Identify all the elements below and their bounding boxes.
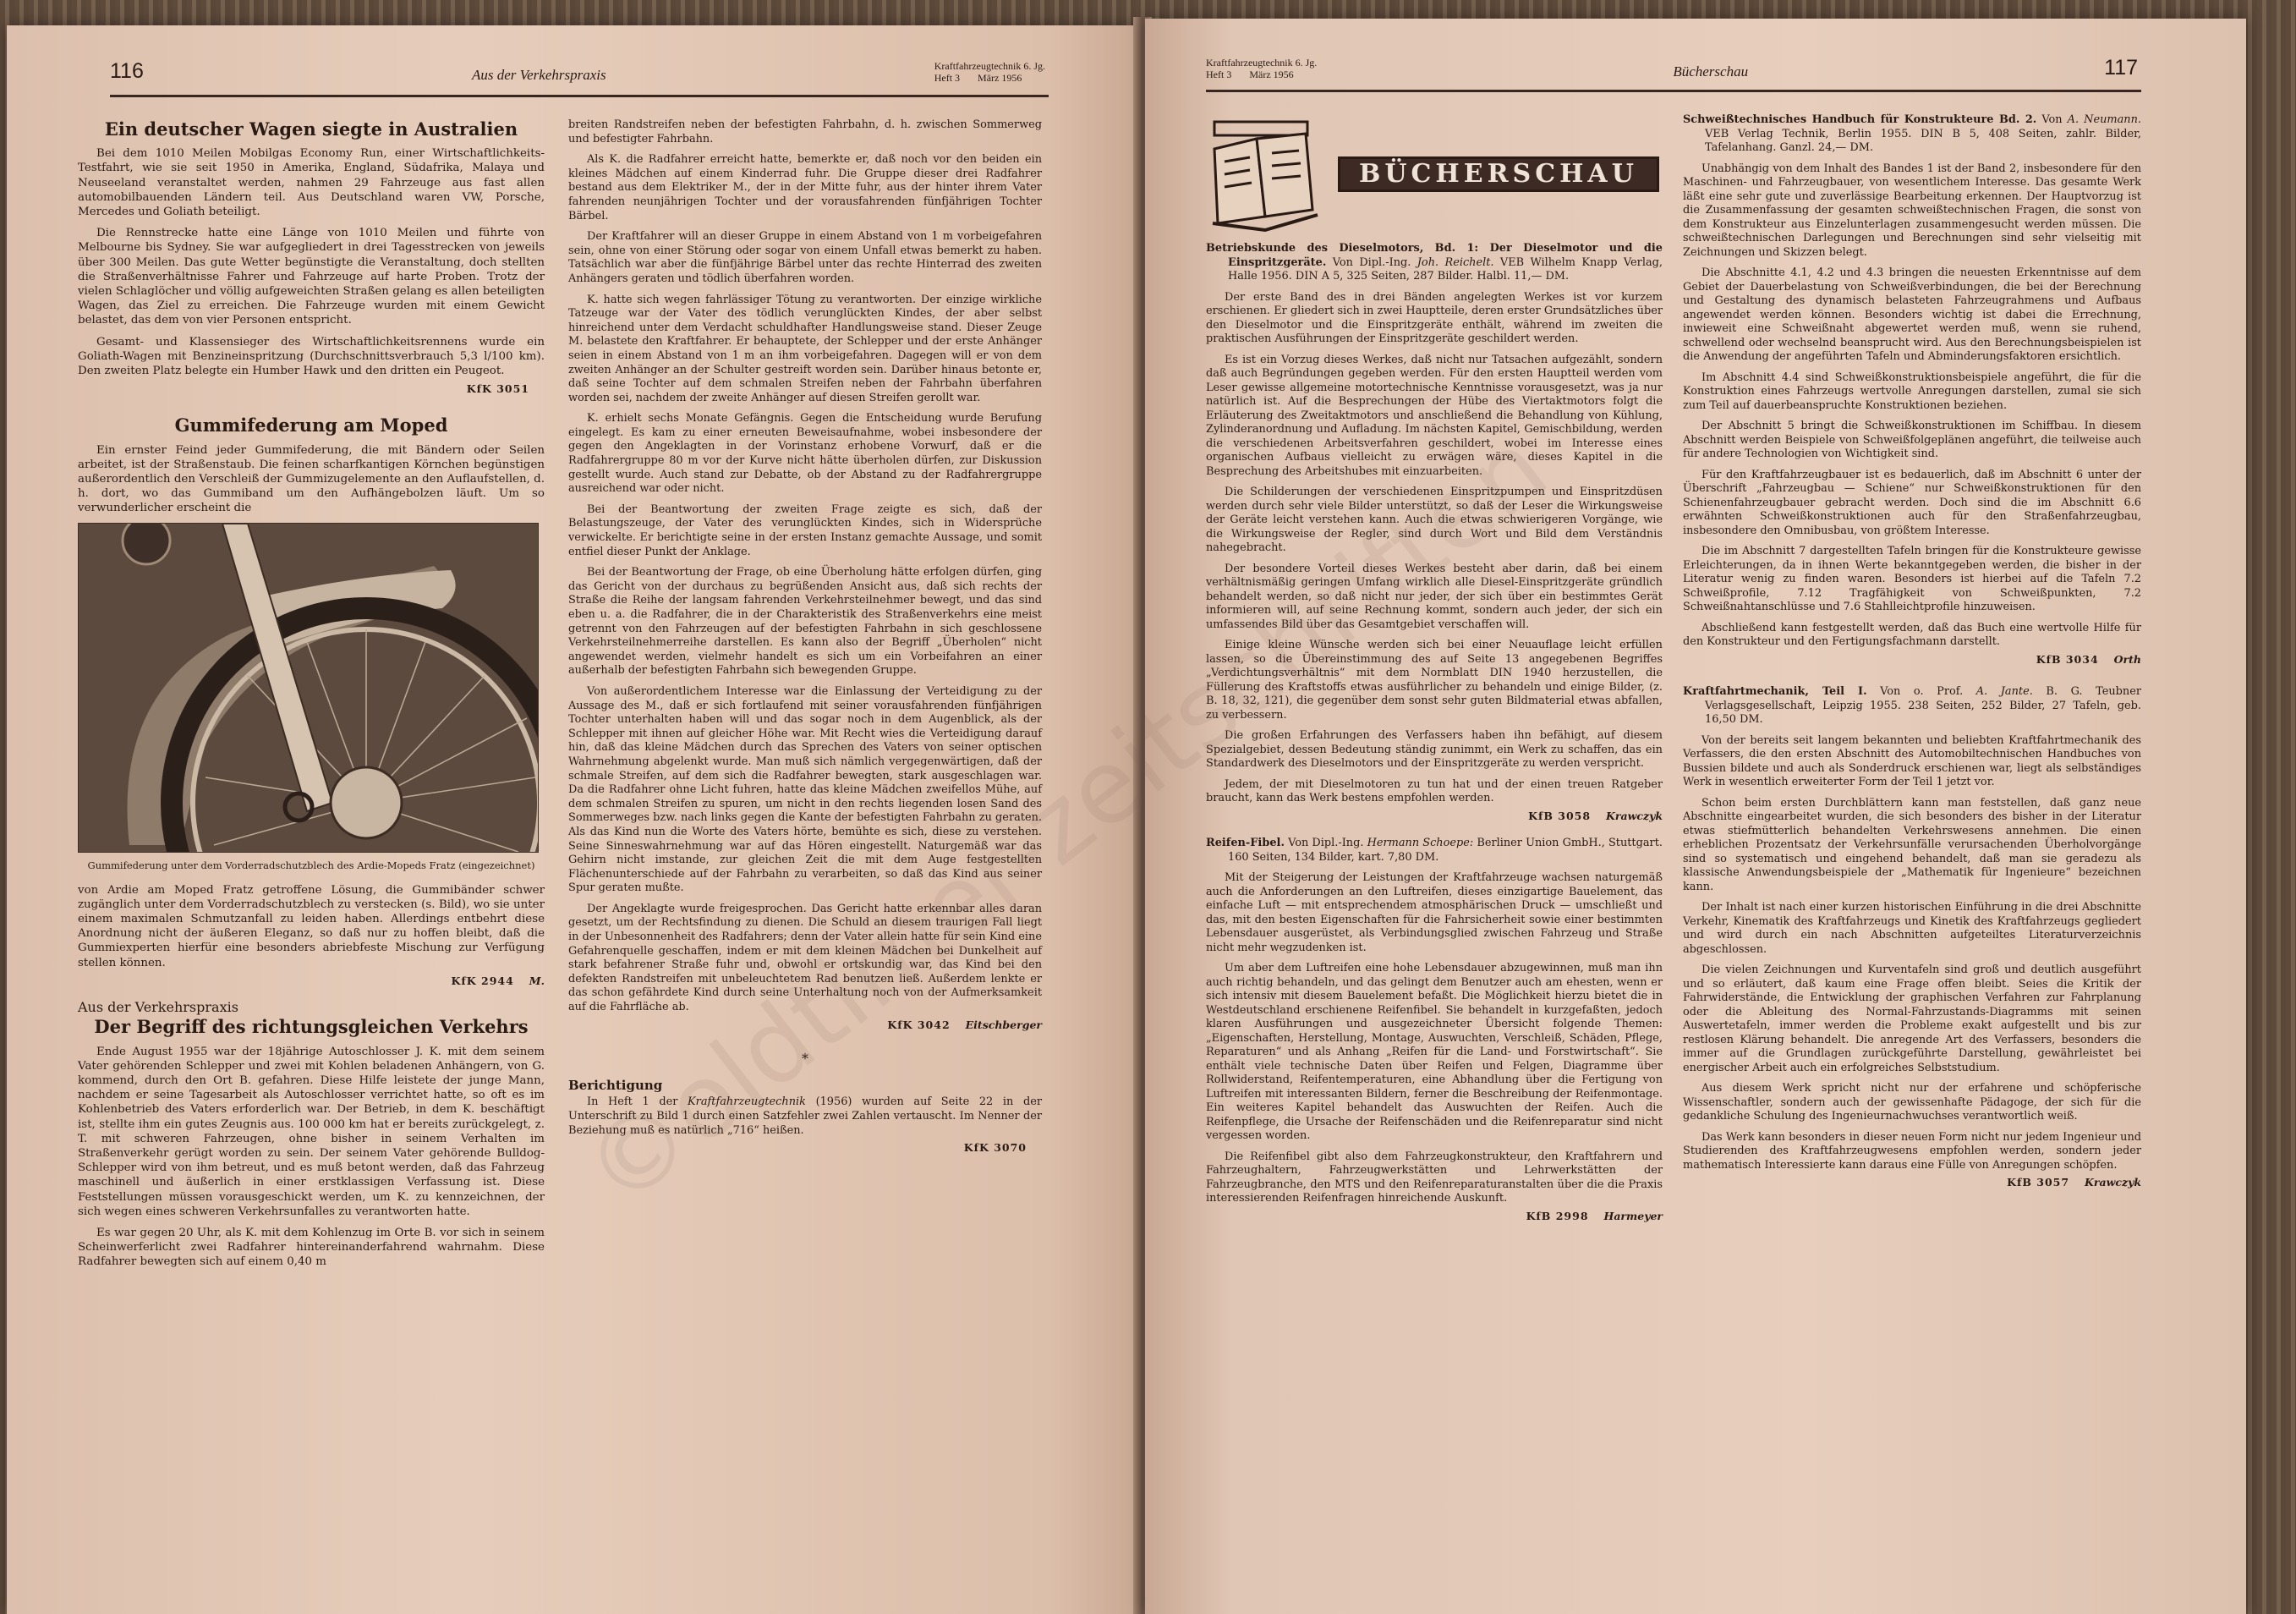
masthead: Kraftfahrzeugtechnik 6. Jg. Heft 3 März … [1206, 57, 1317, 80]
signature-author: Krawczyk [2085, 1176, 2141, 1189]
signature-code: KfB 2998 [1526, 1210, 1589, 1222]
book-author: Joh. Reichelt. [1417, 256, 1494, 269]
book-author: Hermann Schoepe: [1367, 837, 1474, 849]
left-column-2: breiten Randstreifen neben der befestigt… [568, 118, 1042, 1164]
paragraph: Mit der Steigerung der Leistungen der Kr… [1206, 871, 1663, 955]
open-book-icon [1206, 115, 1324, 233]
article-signature: KfK 3070 [568, 1141, 1042, 1156]
bucherschau-banner: BÜCHERSCHAU [1338, 156, 1659, 193]
paragraph: Bei dem 1010 Meilen Mobilgas Economy Run… [78, 146, 545, 219]
biblio-text: VEB Verlag Technik, Berlin 1955. DIN B 5… [1705, 128, 2141, 155]
page-number: 116 [110, 59, 144, 84]
paragraph: Der Inhalt ist nach einer kurzen histori… [1683, 901, 2141, 957]
paragraph: Der Angeklagte wurde freigesprochen. Das… [568, 903, 1042, 1015]
section-title: Bücherschau [1673, 63, 1748, 80]
signature-author: M. [529, 974, 545, 987]
paragraph: Für den Kraftfahrzeugbauer ist es bedaue… [1683, 469, 2141, 539]
running-header-right: Kraftfahrzeugtechnik 6. Jg. Heft 3 März … [1206, 56, 2138, 80]
masthead-journal: Kraftfahrzeugtechnik 6. Jg. [934, 60, 1045, 72]
paragraph: Jedem, der mit Dieselmotoren zu tun hat … [1206, 778, 1663, 806]
article-title: Gummifederung am Moped [78, 418, 545, 432]
masthead-date: März 1956 [1249, 69, 1293, 80]
paragraph: K. hatte sich wegen fahrlässiger Tötung … [568, 294, 1042, 406]
paragraph: Der Abschnitt 5 bringt die Schweißkonstr… [1683, 420, 2141, 462]
book-title: Reifen-Fibel. Von Dipl.-Ing. Hermann Sch… [1206, 837, 1663, 865]
left-page: 116 Aus der Verkehrspraxis Kraftfahrzeug… [7, 25, 1138, 1614]
paragraph: Schon beim ersten Durchblättern kann man… [1683, 797, 2141, 895]
paragraph: Es war gegen 20 Uhr, als K. mit dem Kohl… [78, 1226, 545, 1270]
paragraph: Bei der Beantwortung der zweiten Frage z… [568, 503, 1042, 559]
paragraph: Abschließend kann festgestellt werden, d… [1683, 622, 2141, 650]
biblio-text: Von [2041, 113, 2067, 126]
paragraph: Um aber dem Luftreifen eine hohe Lebensd… [1206, 962, 1663, 1144]
running-header-left: 116 Aus der Verkehrspraxis Kraftfahrzeug… [110, 59, 1045, 84]
separator-asterisk: * [568, 1052, 1042, 1067]
signature-author: Orth [2114, 653, 2141, 666]
bucherschau-header: BÜCHERSCHAU [1206, 115, 1663, 233]
paragraph: Die Abschnitte 4.1, 4.2 und 4.3 bringen … [1683, 266, 2141, 365]
article-title: Ein deutscher Wagen siegte in Australien [78, 122, 545, 136]
masthead-journal: Kraftfahrzeugtechnik 6. Jg. [1206, 57, 1317, 69]
signature-code: KfK 3051 [467, 382, 529, 395]
signature-code: KfK 3042 [887, 1018, 950, 1031]
correction-text-part: In Heft 1 der [587, 1095, 688, 1108]
paragraph: von Ardie am Moped Fratz getroffene Lösu… [78, 883, 545, 970]
moped-photo [78, 523, 539, 853]
paragraph: Von außerordentlichem Interesse war die … [568, 685, 1042, 896]
paragraph: Die Rennstrecke hatte eine Länge von 101… [78, 226, 545, 327]
masthead-issue: Heft 3 [934, 72, 960, 84]
signature-code: KfB 3057 [2007, 1176, 2069, 1189]
article-signature: KfK 2944M. [78, 974, 545, 988]
paragraph: Der Kraftfahrer will an dieser Gruppe in… [568, 230, 1042, 286]
paragraph: K. erhielt sechs Monate Gefängnis. Gegen… [568, 412, 1042, 497]
book-author: A. Jante. [1976, 685, 2033, 698]
right-column-1: BÜCHERSCHAU Betriebskunde des Dieselmoto… [1206, 113, 1663, 1232]
header-rule [110, 95, 1049, 97]
review-signature: KfB 2998Harmeyer [1206, 1210, 1663, 1224]
paragraph: Als K. die Radfahrer erreicht hatte, bem… [568, 153, 1042, 223]
paragraph: Das Werk kann besonders in dieser neuen … [1683, 1131, 2141, 1173]
masthead-issue: Heft 3 [1206, 69, 1231, 80]
book-author: A. Neumann. [2068, 113, 2141, 126]
paragraph: Die vielen Zeichnungen und Kurventafeln … [1683, 963, 2141, 1075]
review-signature: KfB 3058Krawczyk [1206, 810, 1663, 824]
left-column-1: Ein deutscher Wagen siegte in Australien… [78, 118, 545, 1276]
signature-author: Krawczyk [1606, 810, 1663, 822]
paragraph: Die im Abschnitt 7 dargestellten Tafeln … [1683, 545, 2141, 615]
right-column-2: Schweißtechnisches Handbuch für Konstruk… [1683, 113, 2141, 1199]
paragraph: Gesamt- und Klassensieger des Wirtschaft… [78, 335, 545, 379]
book-name: Reifen-Fibel. [1206, 837, 1285, 849]
signature-author: Eitschberger [966, 1018, 1042, 1031]
paragraph: Bei der Beantwortung der Frage, ob eine … [568, 566, 1042, 678]
book-title: Kraftfahrtmechanik, Teil I. Von o. Prof.… [1683, 685, 2141, 727]
book-name: Schweißtechnisches Handbuch für Konstruk… [1683, 113, 2036, 126]
section-kicker: Aus der Verkehrspraxis [78, 1000, 545, 1014]
header-rule [1206, 90, 2141, 92]
paragraph: Die Schilderungen der verschiedenen Eins… [1206, 486, 1663, 556]
paragraph: Ein ernster Feind jeder Gummifederung, d… [78, 443, 545, 516]
paragraph: Einige kleine Wünsche werden sich bei ei… [1206, 639, 1663, 722]
paragraph: Ende August 1955 war der 18jährige Autos… [78, 1045, 545, 1219]
correction-text: In Heft 1 der Kraftfahrzeugtechnik (1956… [568, 1095, 1042, 1138]
article-title: Der Begriff des richtungsgleichen Verkeh… [78, 1019, 545, 1034]
correction-title: Berichtigung [568, 1079, 1042, 1093]
moped-wheel-illustration [79, 524, 538, 852]
signature-code: KfB 3058 [1528, 810, 1591, 822]
paragraph: Der besondere Vorteil dieses Werkes best… [1206, 563, 1663, 633]
journal-name: Kraftfahrzeugtechnik [688, 1095, 806, 1108]
signature-author: Harmeyer [1604, 1210, 1663, 1222]
paragraph: Die großen Erfahrungen des Verfassers ha… [1206, 729, 1663, 771]
masthead: Kraftfahrzeugtechnik 6. Jg. Heft 3 März … [934, 60, 1045, 84]
signature-code: KfK 3070 [964, 1141, 1027, 1154]
article-signature: KfK 3042Eitschberger [568, 1018, 1042, 1033]
masthead-date: März 1956 [978, 72, 1022, 84]
paragraph: Unabhängig von dem Inhalt des Bandes 1 i… [1683, 162, 2141, 261]
paragraph: Die Reifenfibel gibt also dem Fahrzeugko… [1206, 1150, 1663, 1206]
signature-code: KfK 2944 [452, 974, 514, 987]
paragraph: Es ist ein Vorzug dieses Werkes, daß nic… [1206, 354, 1663, 480]
paragraph: breiten Randstreifen neben der befestigt… [568, 118, 1042, 146]
right-page: Kraftfahrzeugtechnik 6. Jg. Heft 3 März … [1145, 19, 2246, 1614]
section-title: Aus der Verkehrspraxis [472, 67, 606, 84]
signature-code: KfB 3034 [2036, 653, 2099, 666]
paragraph: Aus diesem Werk spricht nicht nur der er… [1683, 1082, 2141, 1124]
book-title: Schweißtechnisches Handbuch für Konstruk… [1683, 113, 2141, 156]
page-number: 117 [2104, 56, 2138, 80]
biblio-text: Von Dipl.-Ing. [1333, 256, 1417, 269]
review-signature: KfB 3034Orth [1683, 653, 2141, 667]
book-name: Kraftfahrtmechanik, Teil I. [1683, 685, 1867, 698]
book-title: Betriebskunde des Dieselmotors, Bd. 1: D… [1206, 242, 1663, 284]
review-signature: KfB 3057Krawczyk [1683, 1176, 2141, 1190]
paragraph: Von der bereits seit langem bekannten un… [1683, 734, 2141, 790]
article-signature: KfK 3051 [78, 382, 545, 396]
biblio-text: Von Dipl.-Ing. [1288, 837, 1367, 849]
photo-caption: Gummifederung unter dem Vorderradschutzb… [78, 859, 545, 871]
paragraph: Der erste Band des in drei Bänden angele… [1206, 291, 1663, 347]
paragraph: Im Abschnitt 4.4 sind Schweißkonstruktio… [1683, 371, 2141, 414]
biblio-text: Von o. Prof. [1880, 685, 1976, 698]
